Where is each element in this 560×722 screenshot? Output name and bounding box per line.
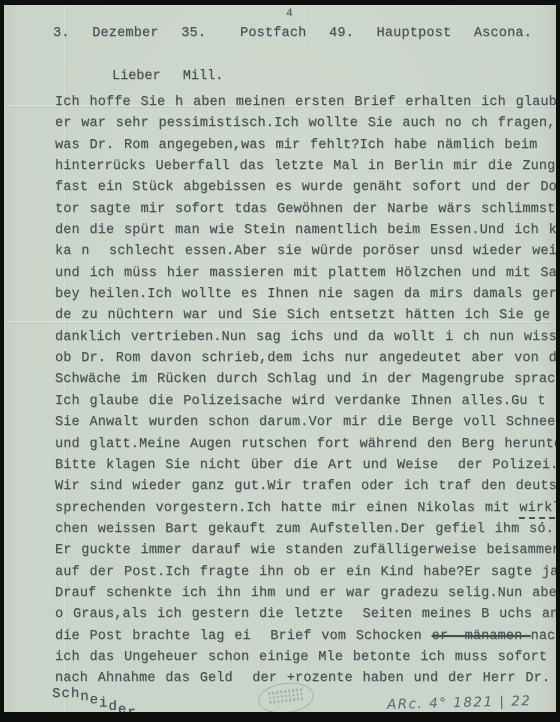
letter-line: ka n schlecht essen.Aber sie würde porös…: [55, 241, 556, 262]
letter-line: chen weissen Bart gekauft zum Aufstellen…: [55, 519, 556, 540]
line-text: de zu nüchtern war und Sie Sich entsetzt…: [55, 308, 550, 323]
line-text: hinterrücks Ueberfall das letzte Mal in …: [55, 159, 556, 174]
letter-line: bey heilen.Ich wollte es Ihnen nie sagen…: [55, 284, 556, 305]
letter-line: auf der Post.Ich fragte ihn ob er ein Ki…: [55, 562, 556, 583]
signature-letter: d: [108, 699, 117, 712]
line-text: Ich hoffe Sie h aben meinen ersten Brief…: [55, 95, 556, 110]
signature-letter: S: [52, 686, 61, 702]
letter-line: Ich hoffe Sie h aben meinen ersten Brief…: [55, 92, 556, 113]
letter-line: und glatt.Meine Augen rutschen fort währ…: [55, 434, 556, 455]
line-text: sprechenden vorgestern.Ich hatte mir ein…: [55, 501, 519, 516]
letter-line: was Dr. Rom angegeben,was mir fehlt?Ich …: [55, 135, 556, 156]
line-text: tor sagte mir sofort tdas Gewöhnen der N…: [55, 202, 556, 217]
line-text: Ich glaube die Polizeisache wird verdank…: [55, 394, 556, 409]
letter-line: danklich vertrieben.Nun sag ichs und da …: [55, 327, 556, 348]
letter-line: Ich glaube die Polizeisache wird verdank…: [55, 391, 556, 412]
line-text: was Dr. Rom angegeben,was mir fehlt?Ich …: [55, 138, 537, 153]
line-text: ob Dr. Rom davon schrieb,dem ichs nur an…: [55, 351, 556, 366]
line-text: o Graus,als ich gestern die letzte Seite…: [55, 607, 556, 622]
signature-letter: i: [99, 696, 108, 712]
line-text: bey heilen.Ich wollte es Ihnen nie sagen…: [55, 287, 556, 302]
line-text: danklich vertrieben.Nun sag ichs und da …: [55, 330, 556, 345]
signature-letter: c: [61, 686, 70, 702]
letter-line: hinterrücks Ueberfall das letzte Mal in …: [55, 156, 556, 177]
letter-line: und ich müss hier massieren mit plattem …: [55, 263, 556, 284]
date-line: 3. Dezember 35. Postfach 49. Hauptpost A…: [53, 26, 532, 41]
letter-body: Ich hoffe Sie h aben meinen ersten Brief…: [55, 92, 556, 711]
signature-letter: n: [80, 689, 89, 705]
line-text: und ich müss hier massieren mit plattem …: [55, 266, 556, 281]
line-text: Bitte klagen Sie nicht über die Art und …: [55, 458, 556, 473]
letter-line: Er guckte immer darauf wie standen zufäl…: [55, 540, 556, 561]
letter-line: Drauf schenkte ich ihn ihm und er war gr…: [55, 583, 556, 604]
letter-line: fast ein Stück abgebissen es wurde genäh…: [55, 177, 556, 198]
signature-letter: r: [127, 705, 136, 712]
letter-line: Bitte klagen Sie nicht über die Art und …: [55, 455, 556, 476]
line-text: fast ein Stück abgebissen es wurde genäh…: [55, 180, 556, 195]
letter-line: ich das Ungeheuer schon einige Mle beton…: [55, 647, 556, 668]
line-text: den die spürt man wie Stein namentlich b…: [55, 223, 556, 238]
letter-line: de zu nüchtern war und Sie Sich entsetzt…: [55, 305, 556, 326]
line-text: ich das Ungeheuer schon einige Mle beton…: [55, 650, 547, 665]
line-text: Drauf schenkte ich ihn ihm und er war gr…: [55, 586, 556, 601]
letter-line: sprechenden vorgestern.Ich hatte mir ein…: [55, 498, 556, 519]
line-text: ka n schlecht essen.Aber sie würde porös…: [55, 244, 556, 259]
line-text: auf der Post.Ich fragte ihn ob er ein Ki…: [55, 565, 556, 580]
signature-letter: e: [118, 702, 127, 712]
page-number: 4: [286, 8, 293, 20]
archive-note: ARc. 4° 1821 | 22: [387, 693, 532, 712]
letter-line: tor sagte mir sofort tdas Gewöhnen der N…: [55, 199, 556, 220]
line-text: er war sehr pessimistisch.Ich wollte Sie…: [55, 116, 555, 131]
line-text: chen weissen Bart gekauft zum Aufstellen…: [55, 522, 554, 537]
line-text: Er guckte immer darauf wie standen zufäl…: [55, 543, 556, 558]
line-text: und glatt.Meine Augen rutschen fort währ…: [55, 437, 556, 452]
letter-line: die Post brachte lag ei Brief vom Schock…: [55, 626, 556, 647]
line-text: Wir sind wieder ganz gut.Wir trafen oder…: [55, 479, 556, 494]
letter-line: Schwäche im Rücken durch Schlag und in d…: [55, 369, 556, 390]
scanned-letter: { "document": { "page_number": "4", "dat…: [0, 0, 560, 722]
signature-letter: e: [90, 692, 99, 708]
letter-line: Wir sind wieder ganz gut.Wir trafen oder…: [55, 476, 556, 497]
line-text: nachdem: [531, 629, 556, 644]
line-text-strike: er--mänamen-: [432, 629, 531, 644]
letter-line: er war sehr pessimistisch.Ich wollte Sie…: [55, 113, 556, 134]
signature: Schneider: [52, 686, 137, 702]
line-text: Sie Anwalt wurden schon darum.Vor mir di…: [55, 415, 555, 430]
letter-line: ob Dr. Rom davon schrieb,dem ichs nur an…: [55, 348, 556, 369]
line-text-dashunder: wirklich: [519, 501, 556, 519]
letter-line: Sie Anwalt wurden schon darum.Vor mir di…: [55, 412, 556, 433]
salutation: Lieber Mill.: [112, 69, 223, 84]
letter-line: o Graus,als ich gestern die letzte Seite…: [55, 604, 556, 625]
letter-page: 4 3. Dezember 35. Postfach 49. Hauptpost…: [4, 5, 556, 712]
line-text: die Post brachte lag ei Brief vom Schock…: [55, 629, 432, 644]
signature-letter: h: [71, 686, 80, 702]
line-text: Schwäche im Rücken durch Schlag und in d…: [55, 372, 556, 387]
letter-line: den die spürt man wie Stein namentlich b…: [55, 220, 556, 241]
